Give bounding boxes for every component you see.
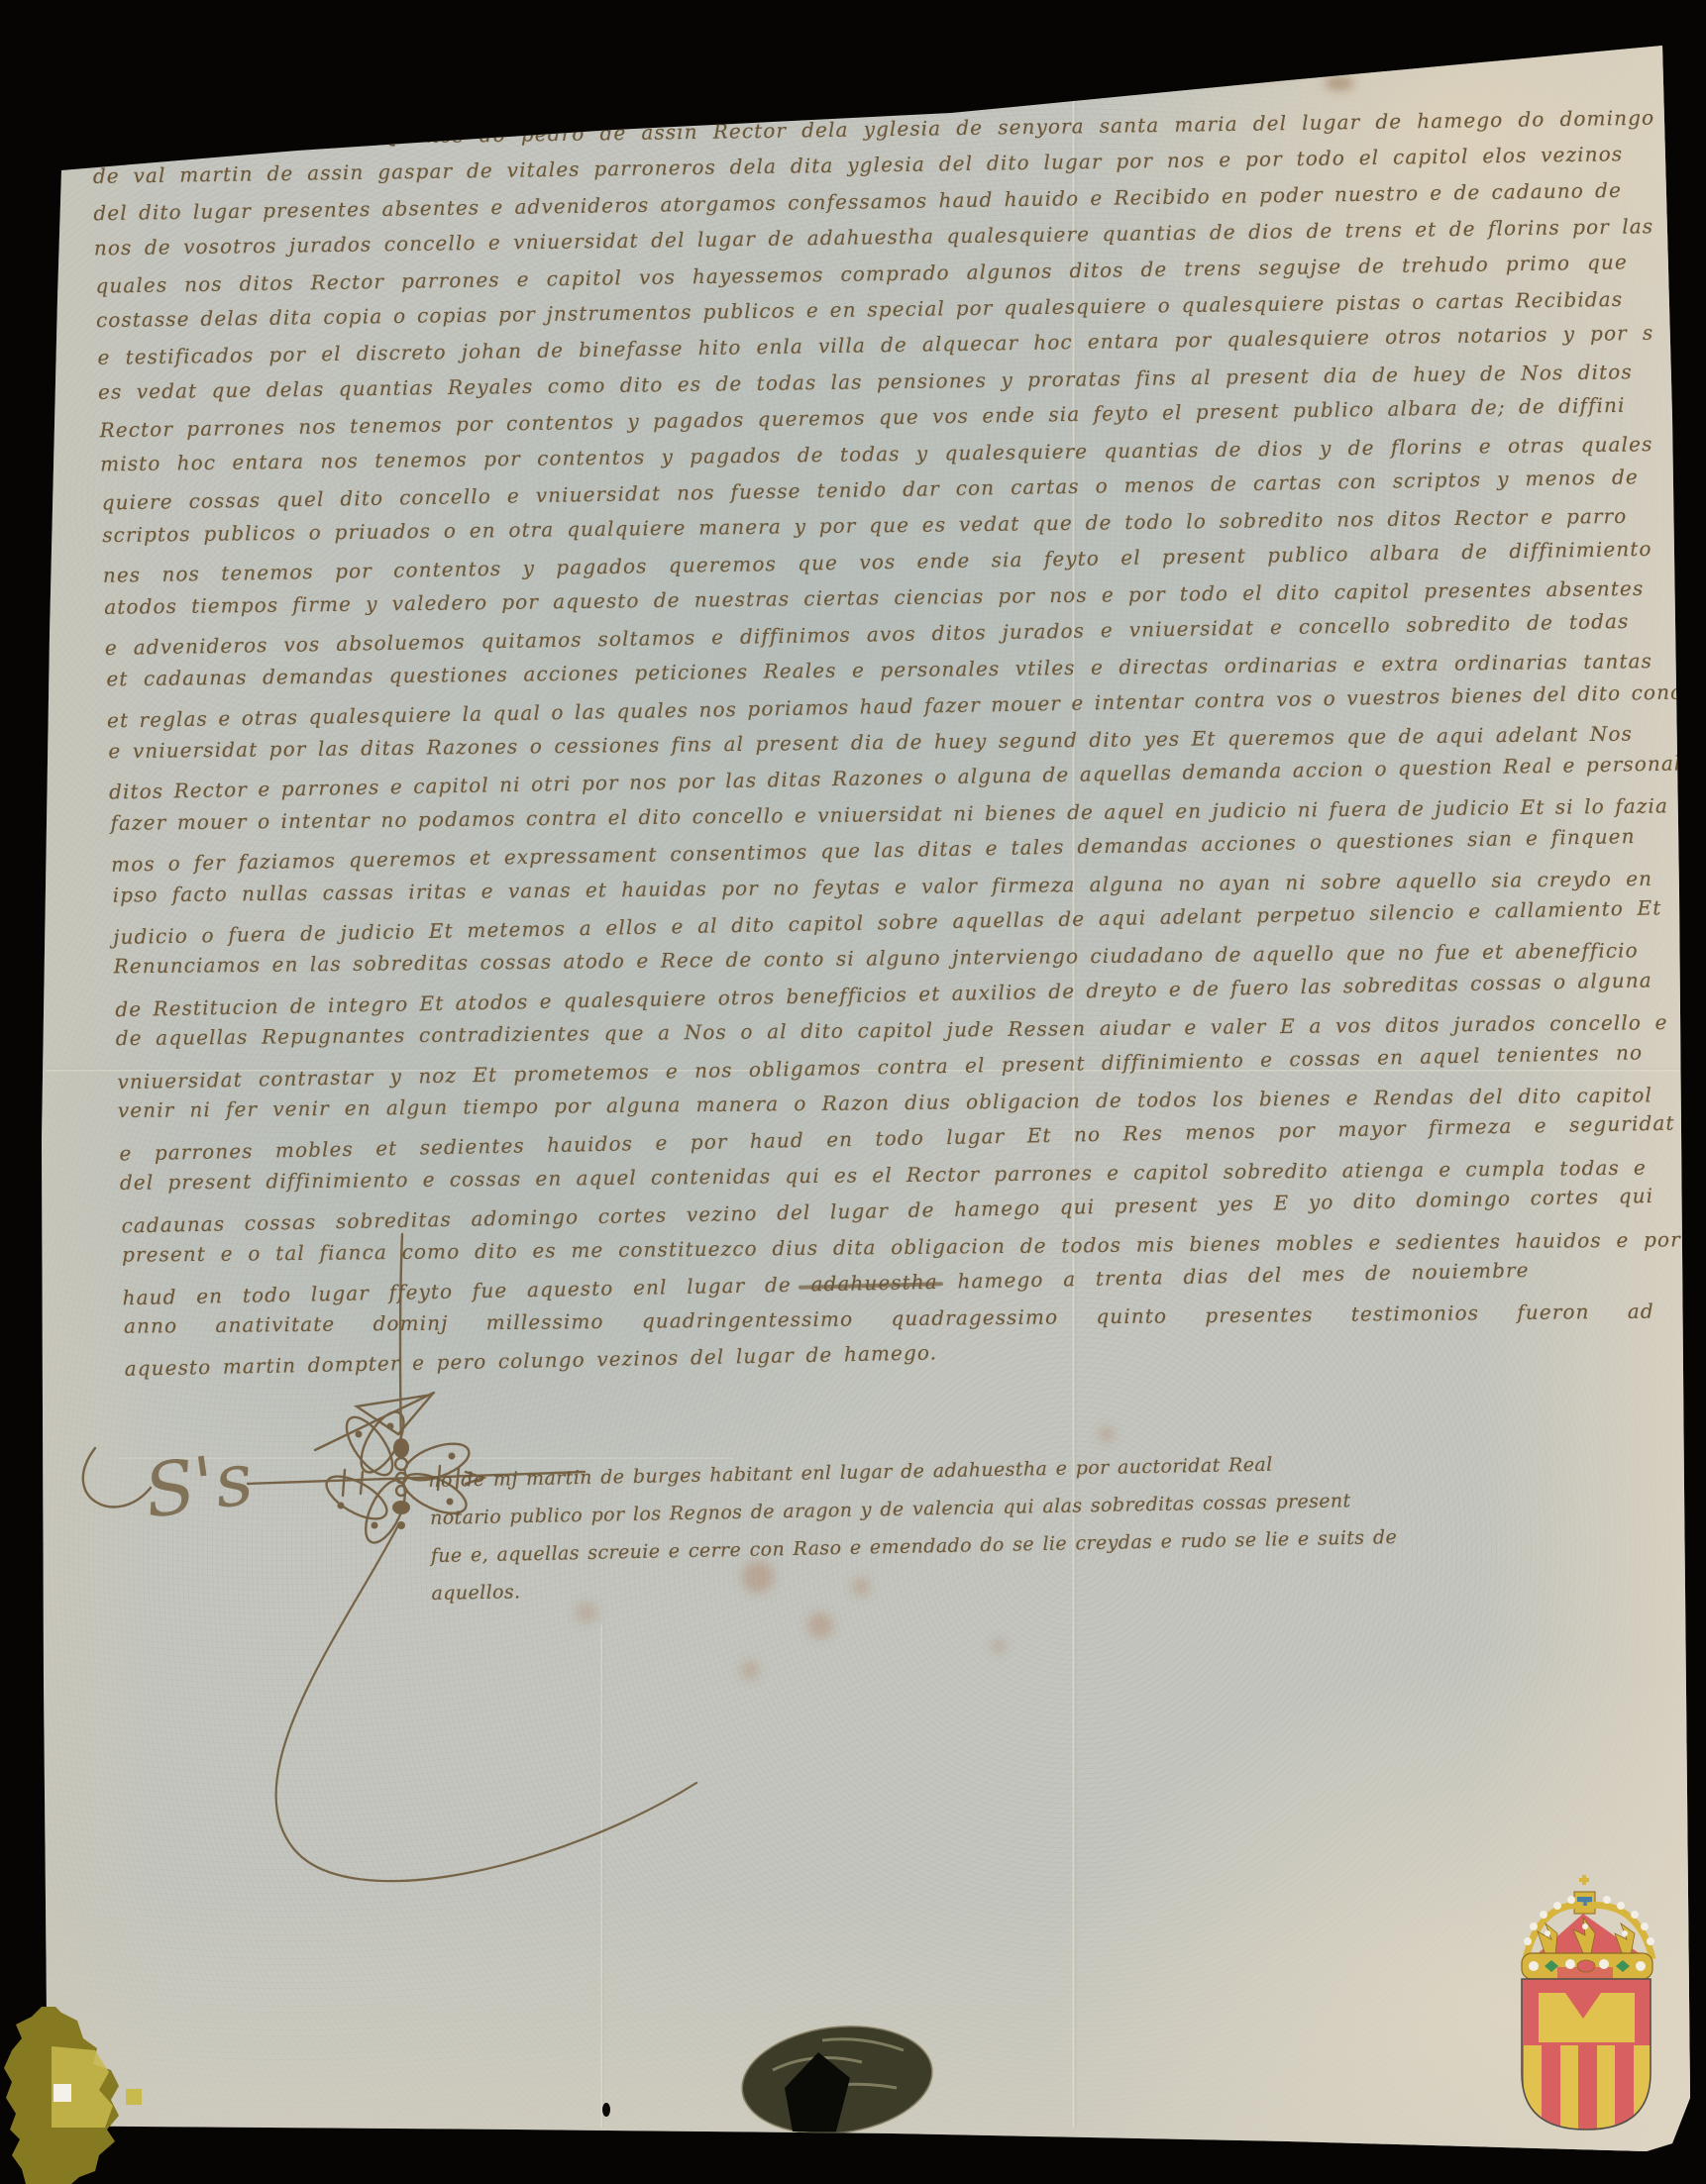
blob-yellow-pixel <box>126 2089 142 2105</box>
yellow-blob-overlay <box>0 0 1706 2184</box>
photo-stage: 150 Maniffiesto sia atodos Qe nos do ped… <box>0 0 1706 2184</box>
blob-white-pixel <box>53 2084 71 2102</box>
